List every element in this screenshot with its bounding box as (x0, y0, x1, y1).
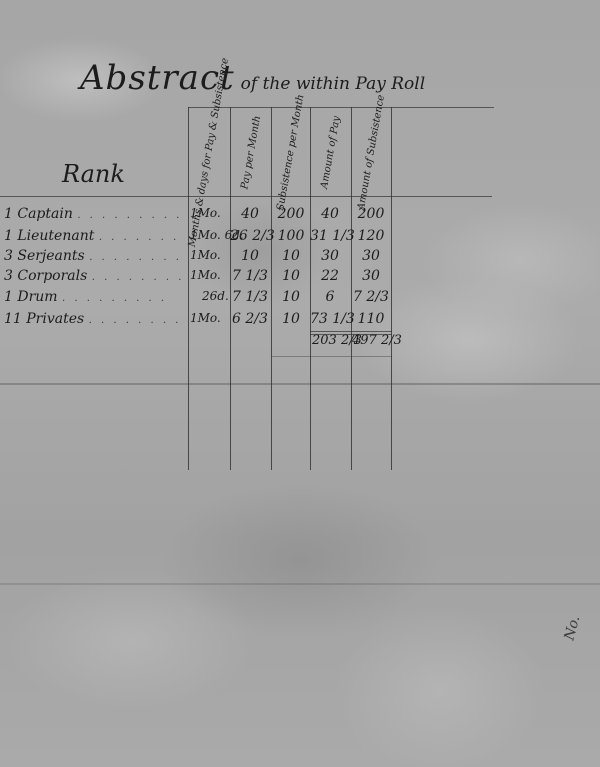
title-rest: of the within Pay Roll (241, 74, 425, 94)
rank-label: 11 Privates (4, 311, 84, 327)
pay-per-month-cell: 40 (230, 206, 270, 222)
totals-underline (271, 356, 392, 357)
subsistence-per-month-cell: 10 (271, 268, 311, 284)
amount-of-pay-cell: 40 (310, 206, 350, 222)
header-rule (0, 196, 492, 197)
margin-note: No. (561, 614, 583, 642)
table-row: 1 Lieutenant . . . . . . . . . 1Mo. 6d. … (0, 228, 420, 248)
pay-per-month-cell: 7 1/3 (230, 268, 270, 284)
rank-label: 1 Captain (4, 206, 73, 222)
pay-per-month-cell: 26 2/3 (230, 228, 270, 244)
pay-per-month-cell: 7 1/3 (230, 289, 270, 305)
table-row: 1 Captain . . . . . . . . . 1Mo. 40 200 … (0, 206, 420, 226)
table-row: 11 Privates . . . . . . . . . 1Mo. 6 2/3… (0, 311, 420, 331)
column-header-period: Months & days for Pay & Subsistence (189, 108, 229, 196)
rank-label: 3 Corporals (4, 268, 87, 284)
period-cell: 1Mo. (188, 268, 230, 282)
amount-of-pay-cell: 6 (310, 289, 350, 305)
period-cell: 1Mo. 6d. (188, 228, 230, 242)
amount-of-subsistence-cell: 110 (351, 311, 391, 327)
dot-leader: . . . . . . . . . (77, 210, 182, 221)
amount-of-pay-cell: 30 (310, 248, 350, 264)
period-cell: 1Mo. (188, 206, 230, 220)
rank-label: 1 Drum (4, 289, 58, 305)
rank-label: 3 Serjeants (4, 248, 85, 264)
table-row: 1 Drum . . . . . . . . . 26d. 7 1/3 10 6… (0, 289, 420, 309)
amount-of-pay-cell: 31 1/3 (310, 228, 350, 244)
amount-of-subsistence-cell: 30 (351, 268, 391, 284)
amount-of-subsistence-cell: 30 (351, 248, 391, 264)
subsistence-per-month-cell: 200 (271, 206, 311, 222)
subsistence-per-month-cell: 10 (271, 289, 311, 305)
total-amount-of-subsistence: 497 2/3 (352, 333, 402, 348)
amount-of-subsistence-cell: 200 (351, 206, 391, 222)
rank-header: Rank (62, 160, 125, 188)
amount-of-subsistence-cell: 7 2/3 (351, 289, 391, 305)
subsistence-per-month-cell: 100 (271, 228, 311, 244)
dot-leader: . . . . . . . . . (92, 272, 184, 283)
fold-crease (0, 383, 600, 385)
amount-of-pay-cell: 22 (310, 268, 350, 284)
title-main: Abstract (80, 58, 235, 98)
dot-leader: . . . . . . . . . (89, 315, 184, 326)
column-header-subsistence-per-month: Subsistence per Month (271, 108, 311, 196)
period-cell: 1Mo. (188, 311, 230, 325)
column-header-amount-of-pay: Amount of Pay (311, 108, 351, 196)
dot-leader: . . . . . . . . . (99, 232, 184, 243)
dot-leader: . . . . . . . . . (62, 293, 167, 304)
subsistence-per-month-cell: 10 (271, 311, 311, 327)
table-row: 3 Corporals . . . . . . . . . 1Mo. 7 1/3… (0, 268, 420, 288)
column-header-pay-per-month: Pay per Month (231, 108, 271, 196)
subsistence-per-month-cell: 10 (271, 248, 311, 264)
rank-label: 1 Lieutenant (4, 228, 94, 244)
amount-of-pay-cell: 73 1/3 (310, 311, 350, 327)
pay-per-month-cell: 10 (230, 248, 270, 264)
pay-per-month-cell: 6 2/3 (230, 311, 270, 327)
dot-leader: . . . . . . . . . (89, 252, 184, 263)
column-header-amount-of-subsistence: Amount of Subsistence (351, 108, 391, 196)
amount-of-subsistence-cell: 120 (351, 228, 391, 244)
fold-crease (0, 583, 600, 585)
document-title: Abstractof the within Pay Roll (80, 58, 425, 98)
document-page: Abstractof the within Pay Roll Rank Mont… (0, 0, 600, 767)
table-row: 3 Serjeants . . . . . . . . . 1Mo. 10 10… (0, 248, 420, 268)
period-cell: 1Mo. (188, 248, 230, 262)
